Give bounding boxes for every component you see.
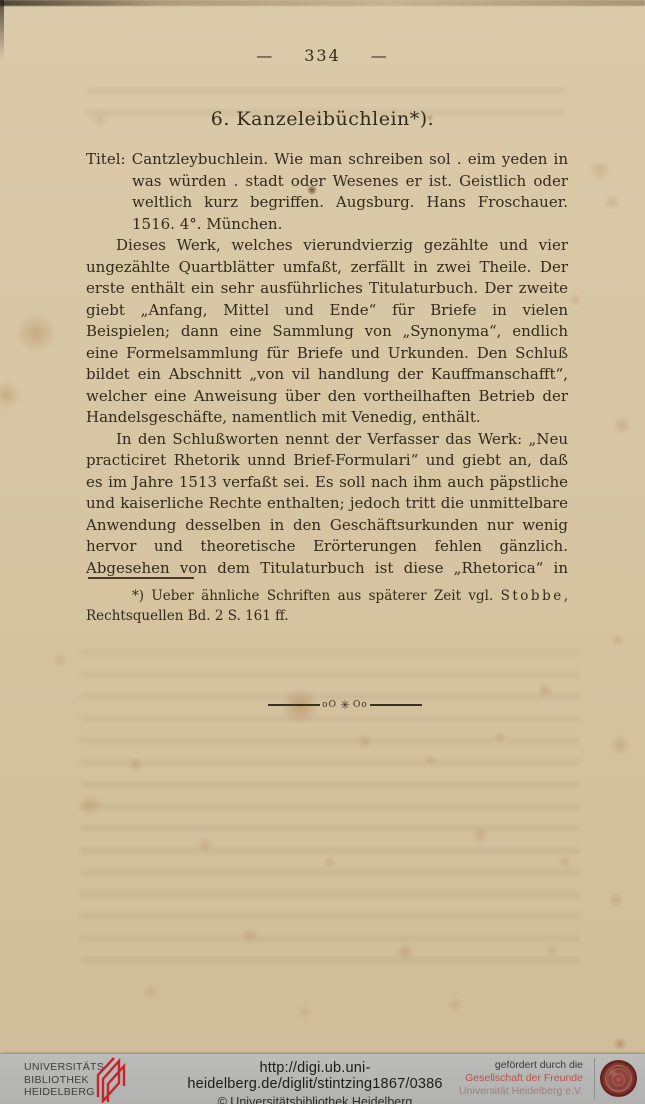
document-url: http://digi.ub.uni-heidelberg.de/diglit/… [140, 1060, 490, 1092]
scanned-book-page: — 334 — 6. Kanzeleibüchlein*). Titel: Ca… [0, 0, 645, 1104]
body-text: Titel: Cantzleybuchlein. Wie man schreib… [86, 149, 568, 579]
copyright-notice: © Universitätsbibliothek Heidelberg [140, 1095, 490, 1104]
footnote-separator-rule [88, 577, 194, 579]
ornament-line-left [268, 704, 320, 705]
header-dash-left: — [256, 46, 274, 65]
funding-credit: gefördert durch die Gesellschaft der Fre… [459, 1059, 583, 1098]
library-footer-bar: UNIVERSITÄTS- BIBLIOTHEK HEIDELBERG http… [0, 1054, 645, 1104]
header-dash-right: — [371, 46, 389, 65]
footnote-text-before: *) Ueber ähnliche Schriften aus späterer… [132, 588, 501, 604]
bleedthrough-text [80, 640, 580, 970]
ornament-line-right [370, 704, 422, 705]
paragraph-description: Dieses Werk, welches vierundvierzig gezä… [86, 235, 568, 429]
paragraph-titel: Titel: Cantzleybuchlein. Wie man schreib… [86, 149, 568, 235]
university-seal-detail [605, 1065, 632, 1092]
library-logo-icon [88, 1057, 134, 1104]
university-seal-icon [600, 1060, 637, 1097]
chapter-heading: 6. Kanzeleibüchlein*). [0, 108, 645, 130]
funding-line2: Gesellschaft der Freunde [459, 1072, 583, 1085]
footnote: *) Ueber ähnliche Schriften aus späterer… [86, 587, 568, 626]
ornament-star: ✳ [340, 700, 350, 710]
page-number-header: — 334 — [0, 46, 645, 65]
document-reference: http://digi.ub.uni-heidelberg.de/diglit/… [140, 1060, 490, 1104]
scan-top-edge [0, 0, 645, 6]
funding-line3: Universität Heidelberg e.V. [459, 1085, 583, 1098]
ornament-dots-left: oO [322, 700, 337, 710]
funding-line1: gefördert durch die [459, 1059, 583, 1072]
footnote-author-name: Stobbe [501, 588, 564, 604]
section-divider-ornament: oO ✳ Oo [86, 700, 604, 710]
ornament-dots-right: Oo [353, 700, 368, 710]
footer-divider [594, 1058, 595, 1100]
page-number: 334 [304, 46, 341, 65]
paragraph-assessment: In den Schlußworten nennt der Verfasser … [86, 429, 568, 580]
